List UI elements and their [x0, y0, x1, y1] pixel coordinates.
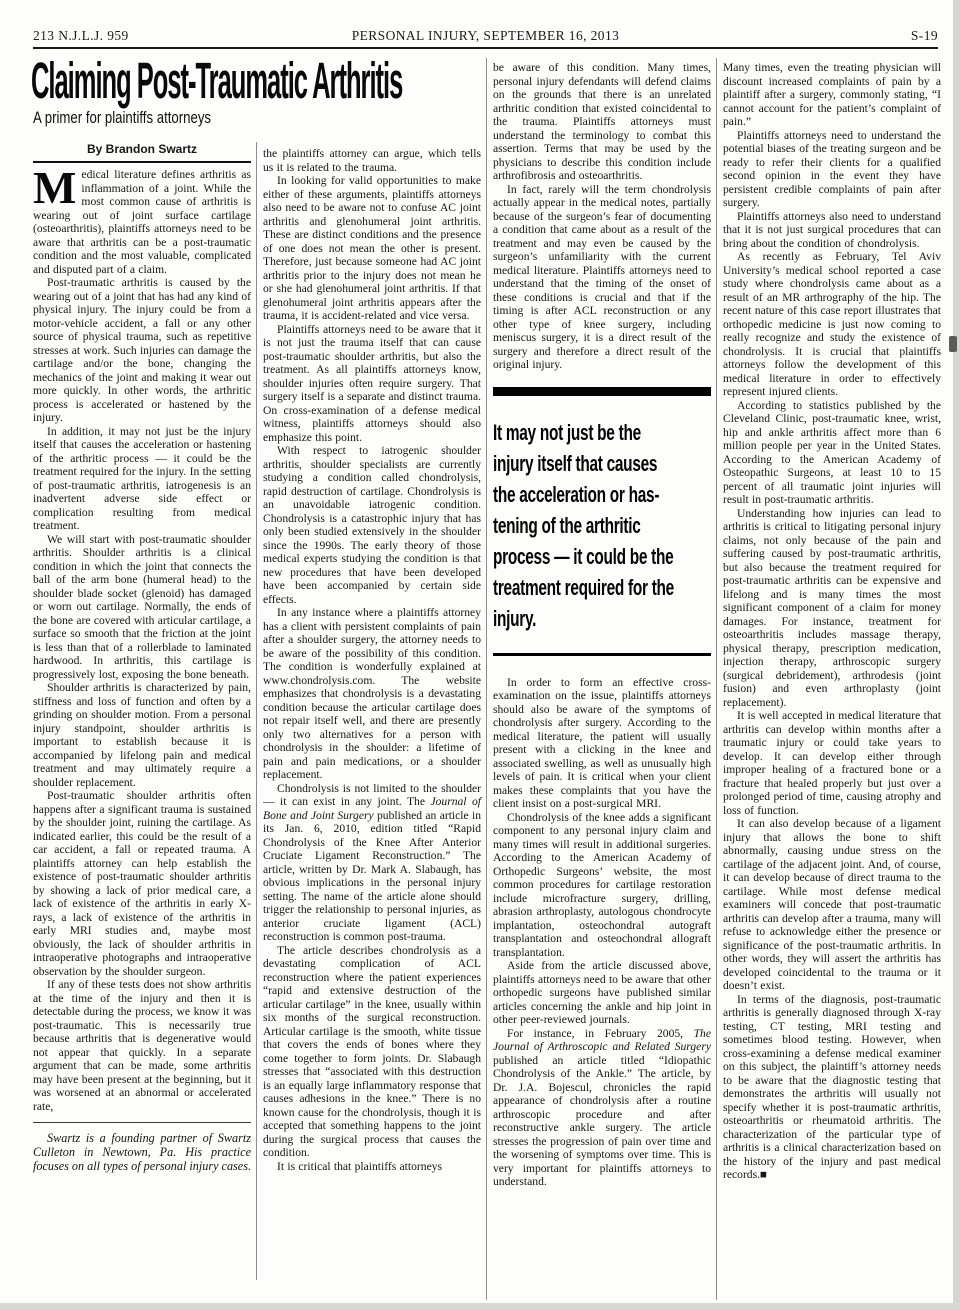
body-paragraph: For instance, in February 2005, The Jour…: [493, 1027, 711, 1189]
pull-quote-top-rule: [493, 387, 711, 396]
body-paragraph: The article describes chondrolysis as a …: [263, 944, 481, 1160]
body-paragraph: In addition, it may not just be the inju…: [33, 425, 251, 533]
body-paragraph: Aside from the article discussed above, …: [493, 959, 711, 1027]
article-column-3: be aware of this condition. Many times, …: [493, 61, 711, 1189]
body-paragraph: Understanding how injuries can lead to a…: [723, 507, 941, 710]
body-paragraph: According to statistics published by the…: [723, 399, 941, 507]
body-paragraph: In fact, rarely will the term chondrolys…: [493, 183, 711, 372]
column-divider: [486, 58, 487, 1300]
drop-cap: M: [33, 168, 81, 206]
article-column-2: the plaintiffs attorney can argue, which…: [263, 147, 481, 1173]
column-divider: [256, 142, 257, 1280]
article-title: Claiming Post-Traumatic Arthritis: [31, 56, 483, 105]
body-paragraph: Plaintiffs attorneys need to understand …: [723, 129, 941, 210]
body-paragraph: It is critical that plaintiffs attorneys: [263, 1160, 481, 1174]
body-paragraph: In order to form an effective cross-exam…: [493, 676, 711, 811]
body-paragraph: With respect to iatrogenic shoulder arth…: [263, 444, 481, 606]
body-paragraph: Post-traumatic shoulder arthritis often …: [33, 789, 251, 978]
scan-edge-bottom: [0, 1303, 960, 1309]
masthead-page-number: S-19: [911, 28, 938, 44]
body-paragraph: Many times, even the treating physician …: [723, 61, 941, 129]
masthead-section-date: PERSONAL INJURY, SEPTEMBER 16, 2013: [33, 28, 938, 44]
body-paragraph: be aware of this condition. Many times, …: [493, 61, 711, 183]
pull-quote: It may not just be theinjury itself that…: [493, 387, 711, 656]
body-paragraph: Plaintiffs attorneys also need to unders…: [723, 210, 941, 251]
body-paragraph: As recently as February, Tel Aviv Univer…: [723, 250, 941, 399]
article-subtitle: A primer for plaintiffs attorneys: [33, 109, 483, 128]
body-paragraph: It can also develop because of a ligamen…: [723, 817, 941, 993]
bio-rule: [33, 1122, 251, 1123]
body-paragraph: It is well accepted in medical literatur…: [723, 709, 941, 817]
body-paragraph: In looking for valid opportunities to ma…: [263, 174, 481, 323]
pull-quote-bottom-rule: [493, 653, 711, 656]
body-paragraph: Chondrolysis of the knee adds a signific…: [493, 811, 711, 960]
article-header: Claiming Post-Traumatic Arthritis A prim…: [31, 56, 483, 128]
body-paragraph: the plaintiffs attorney can argue, which…: [263, 147, 481, 174]
body-paragraph: Medical literature defines arthritis as …: [33, 168, 251, 276]
masthead: 213 N.J.L.J. 959 PERSONAL INJURY, SEPTEM…: [33, 28, 938, 46]
body-paragraph: Shoulder arthritis is characterized by p…: [33, 681, 251, 789]
body-paragraph: Plaintiffs attorneys need to be aware th…: [263, 323, 481, 445]
scan-edge-right: [953, 0, 960, 1309]
byline: By Brandon Swartz: [33, 142, 251, 163]
body-paragraph: In any instance where a plaintiffs attor…: [263, 606, 481, 782]
newspaper-page: 213 N.J.L.J. 959 PERSONAL INJURY, SEPTEM…: [0, 0, 960, 1309]
body-paragraph: Post-traumatic arthritis is caused by th…: [33, 276, 251, 425]
body-paragraph: We will start with post-traumatic should…: [33, 533, 251, 682]
column-divider: [716, 58, 717, 1300]
article-column-1: Medical literature defines arthritis as …: [33, 168, 251, 1173]
article-column-4: Many times, even the treating physician …: [723, 61, 941, 1182]
author-bio: Swartz is a founding partner of Swartz C…: [33, 1131, 251, 1173]
body-paragraph: Chondrolysis is not limited to the shoul…: [263, 782, 481, 944]
body-paragraph: In terms of the diagnosis, post-traumati…: [723, 993, 941, 1182]
scan-artifact: [949, 336, 957, 352]
body-paragraph: If any of these tests does not show arth…: [33, 978, 251, 1113]
masthead-rule: [33, 47, 938, 49]
